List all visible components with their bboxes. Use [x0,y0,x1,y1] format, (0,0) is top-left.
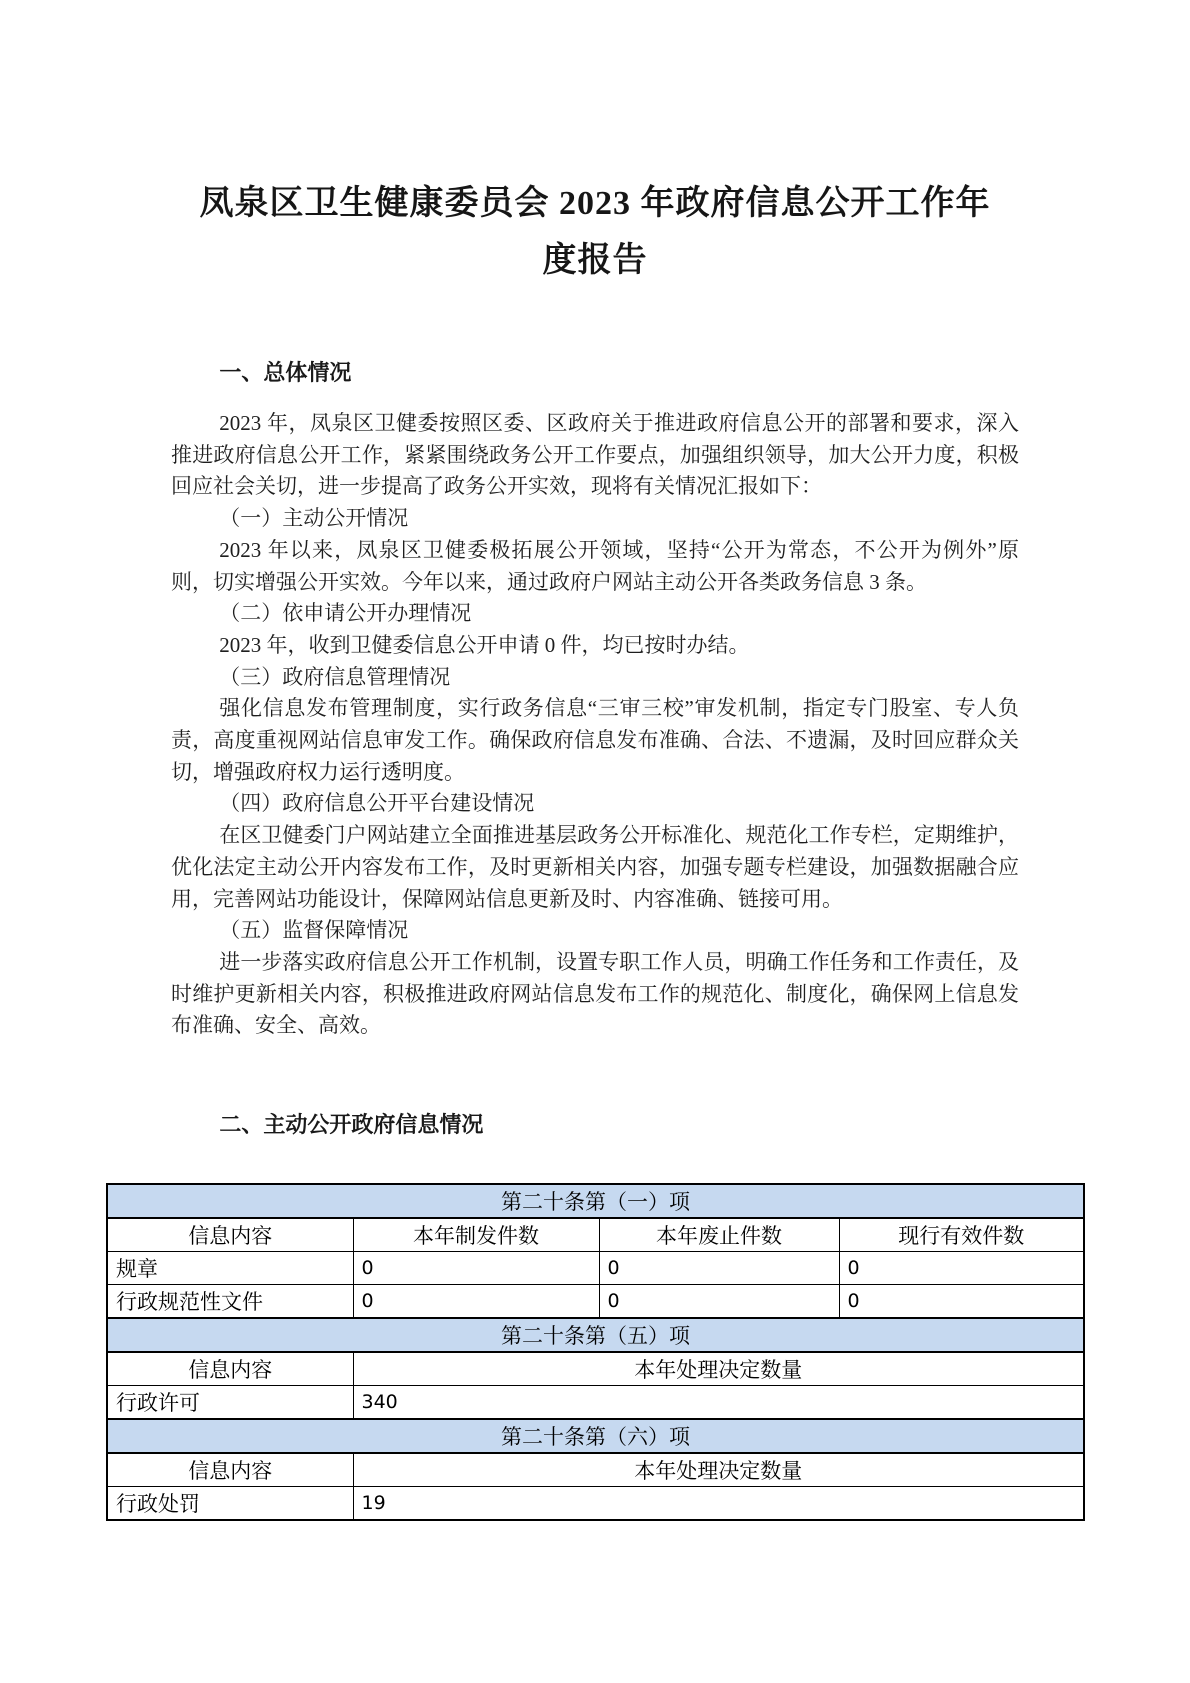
section-heading-disclosure: 二、主动公开政府信息情况 [171,1109,1019,1141]
paragraph: 强化信息发布管理制度，实行政务信息“三审三校”审发机制，指定专门股室、专人负责，… [171,693,1019,788]
band-title: 第二十条第（五）项 [107,1318,1084,1352]
cell-value: 0 [599,1252,839,1285]
table-row-administrative-penalty: 行政处罚 19 [107,1487,1084,1521]
table-band-article20-5: 第二十条第（五）项 [107,1318,1084,1352]
subheading-info-management: （三）政府信息管理情况 [171,662,1019,694]
disclosure-table: 第二十条第（一）项 信息内容 本年制发件数 本年废止件数 现行有效件数 规章 0… [106,1183,1085,1521]
paragraph: 2023 年以来，凤泉区卫健委极拓展公开领域，坚持“公开为常态，不公开为例外”原… [171,535,1019,598]
band-title: 第二十条第（一）项 [107,1184,1084,1218]
table-row-normative-documents: 行政规范性文件 0 0 0 [107,1285,1084,1319]
column-header-issued: 本年制发件数 [353,1218,599,1252]
subheading-supervision: （五）监督保障情况 [171,915,1019,947]
cell-value: 0 [353,1252,599,1285]
column-header-decisions: 本年处理决定数量 [353,1352,1084,1386]
cell-value: 0 [599,1285,839,1319]
column-header-repealed: 本年废止件数 [599,1218,839,1252]
paragraph: 2023 年，收到卫健委信息公开申请 0 件，均已按时办结。 [171,630,1019,662]
row-label: 行政规范性文件 [107,1285,353,1319]
paragraph: 2023 年，凤泉区卫健委按照区委、区政府关于推进政府信息公开的部署和要求，深入… [171,408,1019,503]
cell-value: 0 [839,1252,1084,1285]
row-label: 行政许可 [107,1386,353,1420]
subheading-platform-construction: （四）政府信息公开平台建设情况 [171,788,1019,820]
cell-value: 0 [353,1285,599,1319]
subheading-active-disclosure: （一）主动公开情况 [171,503,1019,535]
band-title: 第二十条第（六）项 [107,1419,1084,1453]
table-band-article20-6: 第二十条第（六）项 [107,1419,1084,1453]
document-title-line2: 度报告 [171,232,1019,289]
document-title-line1: 凤泉区卫生健康委员会 2023 年政府信息公开工作年 [171,175,1019,232]
subheading-on-request: （二）依申请公开办理情况 [171,598,1019,630]
section-heading-overview: 一、总体情况 [171,357,1019,389]
table-band-article20-1: 第二十条第（一）项 [107,1184,1084,1218]
table-row-regulations: 规章 0 0 0 [107,1252,1084,1285]
column-header-in-force: 现行有效件数 [839,1218,1084,1252]
row-label: 规章 [107,1252,353,1285]
cell-value: 340 [353,1386,1084,1420]
paragraph: 在区卫健委门户网站建立全面推进基层政务公开标准化、规范化工作专栏，定期维护，优化… [171,820,1019,915]
document-content: 凤泉区卫生健康委员会 2023 年政府信息公开工作年 度报告 一、总体情况 20… [171,0,1019,1521]
column-header-info-content: 信息内容 [107,1453,353,1487]
paragraph: 进一步落实政府信息公开工作机制，设置专职工作人员，明确工作任务和工作责任，及时维… [171,947,1019,1042]
column-header-info-content: 信息内容 [107,1352,353,1386]
cell-value: 0 [839,1285,1084,1319]
table-columns-row: 信息内容 本年处理决定数量 [107,1453,1084,1487]
column-header-decisions: 本年处理决定数量 [353,1453,1084,1487]
cell-value: 19 [353,1487,1084,1521]
table-columns-row: 信息内容 本年处理决定数量 [107,1352,1084,1386]
column-header-info-content: 信息内容 [107,1218,353,1252]
document-page: 凤泉区卫生健康委员会 2023 年政府信息公开工作年 度报告 一、总体情况 20… [0,0,1190,1683]
table-row-administrative-license: 行政许可 340 [107,1386,1084,1420]
document-title: 凤泉区卫生健康委员会 2023 年政府信息公开工作年 度报告 [171,0,1019,289]
table-columns-row: 信息内容 本年制发件数 本年废止件数 现行有效件数 [107,1218,1084,1252]
overview-body: 2023 年，凤泉区卫健委按照区委、区政府关于推进政府信息公开的部署和要求，深入… [171,408,1019,1042]
row-label: 行政处罚 [107,1487,353,1521]
